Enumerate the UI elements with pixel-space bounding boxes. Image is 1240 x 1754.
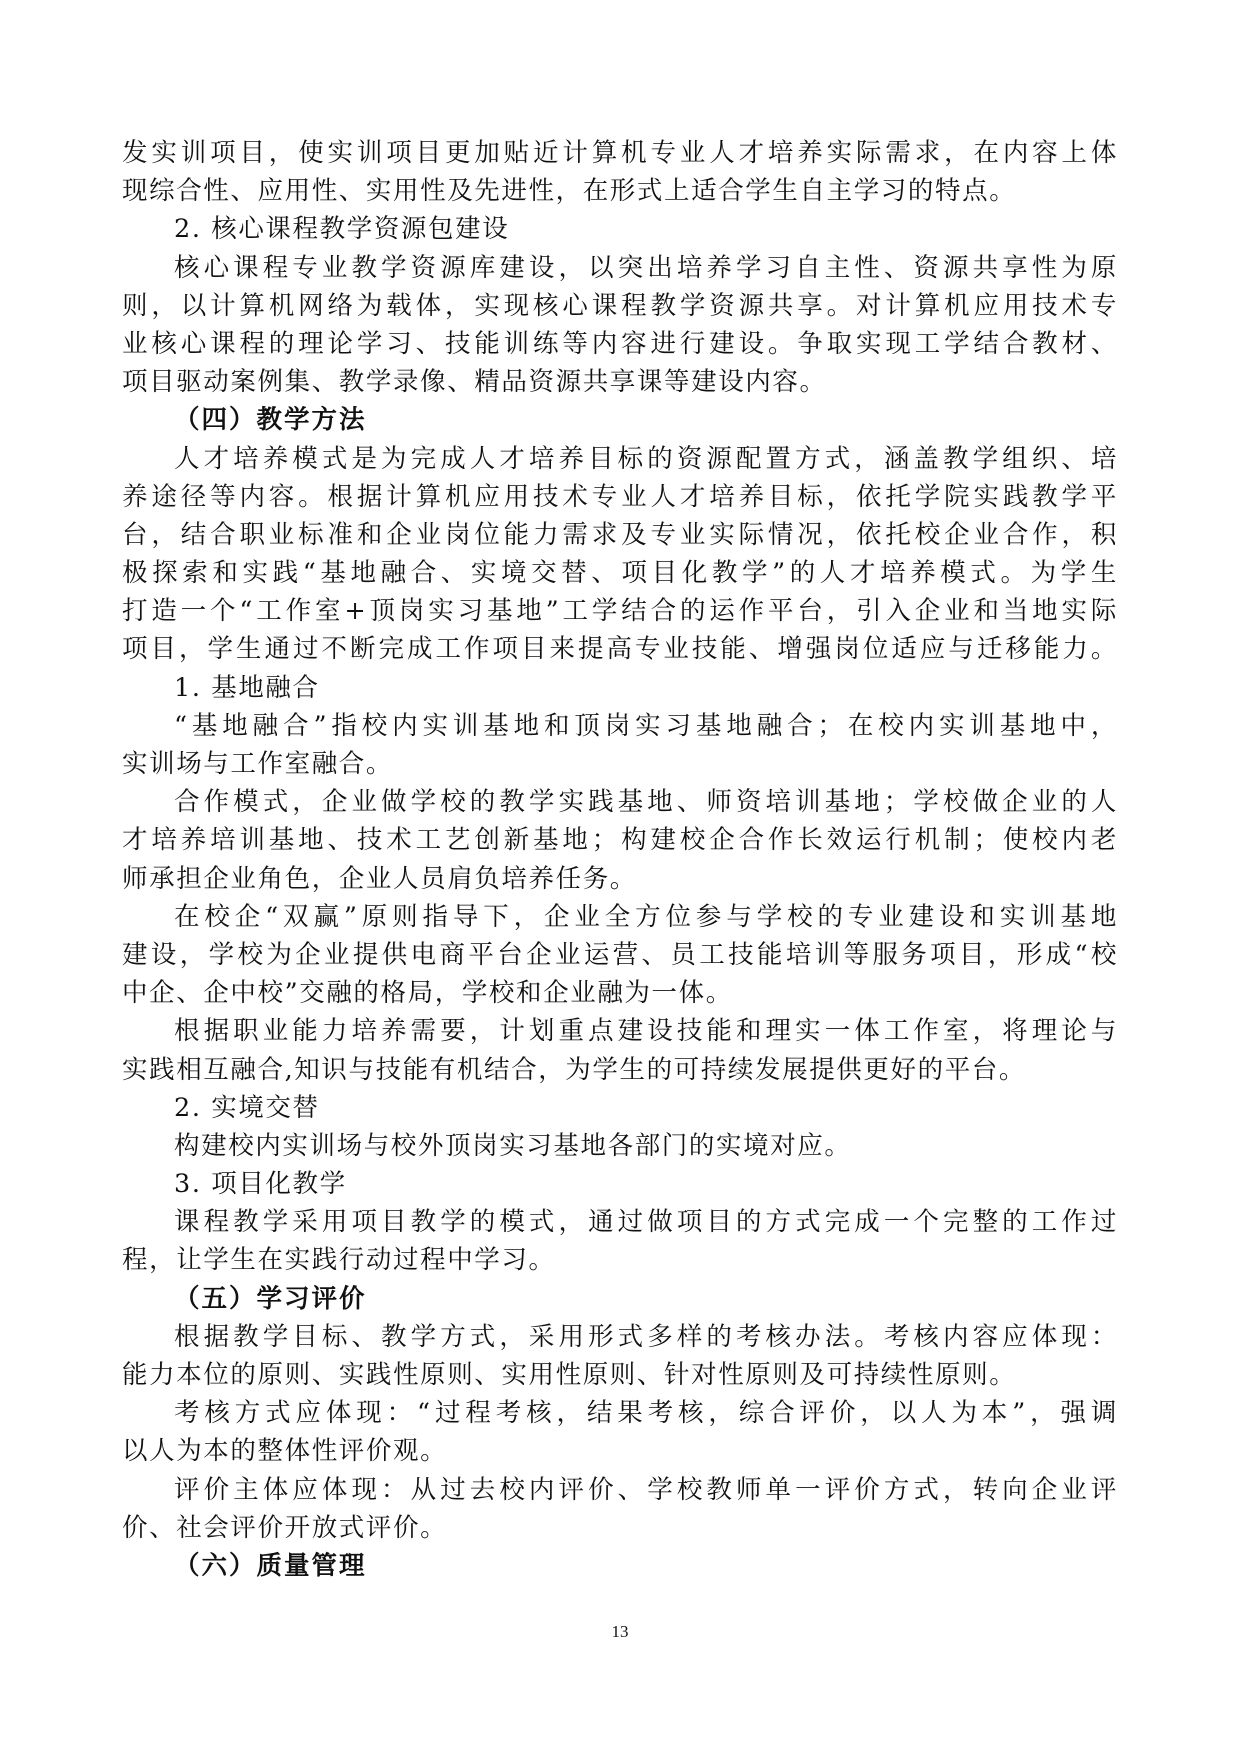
paragraph-line: 项目，学生通过不断完成工作项目来提高专业技能、增强岗位适应与迁移能力。 — [122, 630, 1118, 668]
paragraph-line: 发实训项目，使实训项目更加贴近计算机专业人才培养实际需求，在内容上体 — [122, 134, 1118, 172]
paragraph-line: 业核心课程的理论学习、技能训练等内容进行建设。争取实现工学结合教材、 — [122, 325, 1118, 363]
document-body: 发实训项目，使实训项目更加贴近计算机专业人才培养实际需求，在内容上体现综合性、应… — [122, 134, 1118, 1585]
paragraph-first-line: 在校企“双赢”原则指导下，企业全方位参与学校的专业建设和实训基地 — [122, 898, 1118, 936]
paragraph-line: 台，结合职业标准和企业岗位能力需求及专业实际情况，依托校企业合作，积 — [122, 516, 1118, 554]
paragraph-line: 建设，学校为企业提供电商平台企业运营、员工技能培训等服务项目，形成“校 — [122, 936, 1118, 974]
paragraph-line: 才培养培训基地、技术工艺创新基地；构建校企合作长效运行机制；使校内老 — [122, 821, 1118, 859]
paragraph-first-line: 评价主体应体现：从过去校内评价、学校教师单一评价方式，转向企业评 — [122, 1471, 1118, 1509]
section-heading: （五）学习评价 — [122, 1280, 1118, 1318]
paragraph-first-line: “基地融合”指校内实训基地和顶岗实习基地融合；在校内实训基地中， — [122, 707, 1118, 745]
paragraph-line: 打造一个“工作室+顶岗实习基地”工学结合的运作平台，引入企业和当地实际 — [122, 592, 1118, 630]
paragraph-first-line: 考核方式应体现：“过程考核，结果考核，综合评价，以人为本”，强调 — [122, 1394, 1118, 1432]
paragraph-line: 师承担企业角色，企业人员肩负培养任务。 — [122, 860, 1118, 898]
paragraph-line: 程，让学生在实践行动过程中学习。 — [122, 1241, 1118, 1279]
paragraph-first-line: 构建校内实训场与校外顶岗实习基地各部门的实境对应。 — [122, 1127, 1118, 1165]
subsection-heading: 2. 核心课程教学资源包建设 — [122, 210, 1118, 248]
paragraph-line: 则，以计算机网络为载体，实现核心课程教学资源共享。对计算机应用技术专 — [122, 287, 1118, 325]
paragraph-line: 中企、企中校”交融的格局，学校和企业融为一体。 — [122, 974, 1118, 1012]
paragraph-line: 能力本位的原则、实践性原则、实用性原则、针对性原则及可持续性原则。 — [122, 1356, 1118, 1394]
subsection-heading: 3. 项目化教学 — [122, 1165, 1118, 1203]
paragraph-line: 实训场与工作室融合。 — [122, 745, 1118, 783]
section-heading: （六）质量管理 — [122, 1547, 1118, 1585]
paragraph-first-line: 课程教学采用项目教学的模式，通过做项目的方式完成一个完整的工作过 — [122, 1203, 1118, 1241]
subsection-heading: 2. 实境交替 — [122, 1089, 1118, 1127]
paragraph-line: 实践相互融合,知识与技能有机结合，为学生的可持续发展提供更好的平台。 — [122, 1051, 1118, 1089]
paragraph-first-line: 核心课程专业教学资源库建设，以突出培养学习自主性、资源共享性为原 — [122, 249, 1118, 287]
paragraph-line: 养途径等内容。根据计算机应用技术专业人才培养目标，依托学院实践教学平 — [122, 478, 1118, 516]
section-heading: （四）教学方法 — [122, 401, 1118, 439]
paragraph-first-line: 根据教学目标、教学方式，采用形式多样的考核办法。考核内容应体现： — [122, 1318, 1118, 1356]
paragraph-line: 现综合性、应用性、实用性及先进性，在形式上适合学生自主学习的特点。 — [122, 172, 1118, 210]
paragraph-line: 以人为本的整体性评价观。 — [122, 1432, 1118, 1470]
paragraph-line: 价、社会评价开放式评价。 — [122, 1509, 1118, 1547]
paragraph-line: 项目驱动案例集、教学录像、精品资源共享课等建设内容。 — [122, 363, 1118, 401]
paragraph-first-line: 人才培养模式是为完成人才培养目标的资源配置方式，涵盖教学组织、培 — [122, 440, 1118, 478]
subsection-heading: 1. 基地融合 — [122, 669, 1118, 707]
page-number: 13 — [0, 1622, 1240, 1642]
paragraph-first-line: 合作模式，企业做学校的教学实践基地、师资培训基地；学校做企业的人 — [122, 783, 1118, 821]
paragraph-first-line: 根据职业能力培养需要，计划重点建设技能和理实一体工作室，将理论与 — [122, 1012, 1118, 1050]
paragraph-line: 极探索和实践“基地融合、实境交替、项目化教学”的人才培养模式。为学生 — [122, 554, 1118, 592]
